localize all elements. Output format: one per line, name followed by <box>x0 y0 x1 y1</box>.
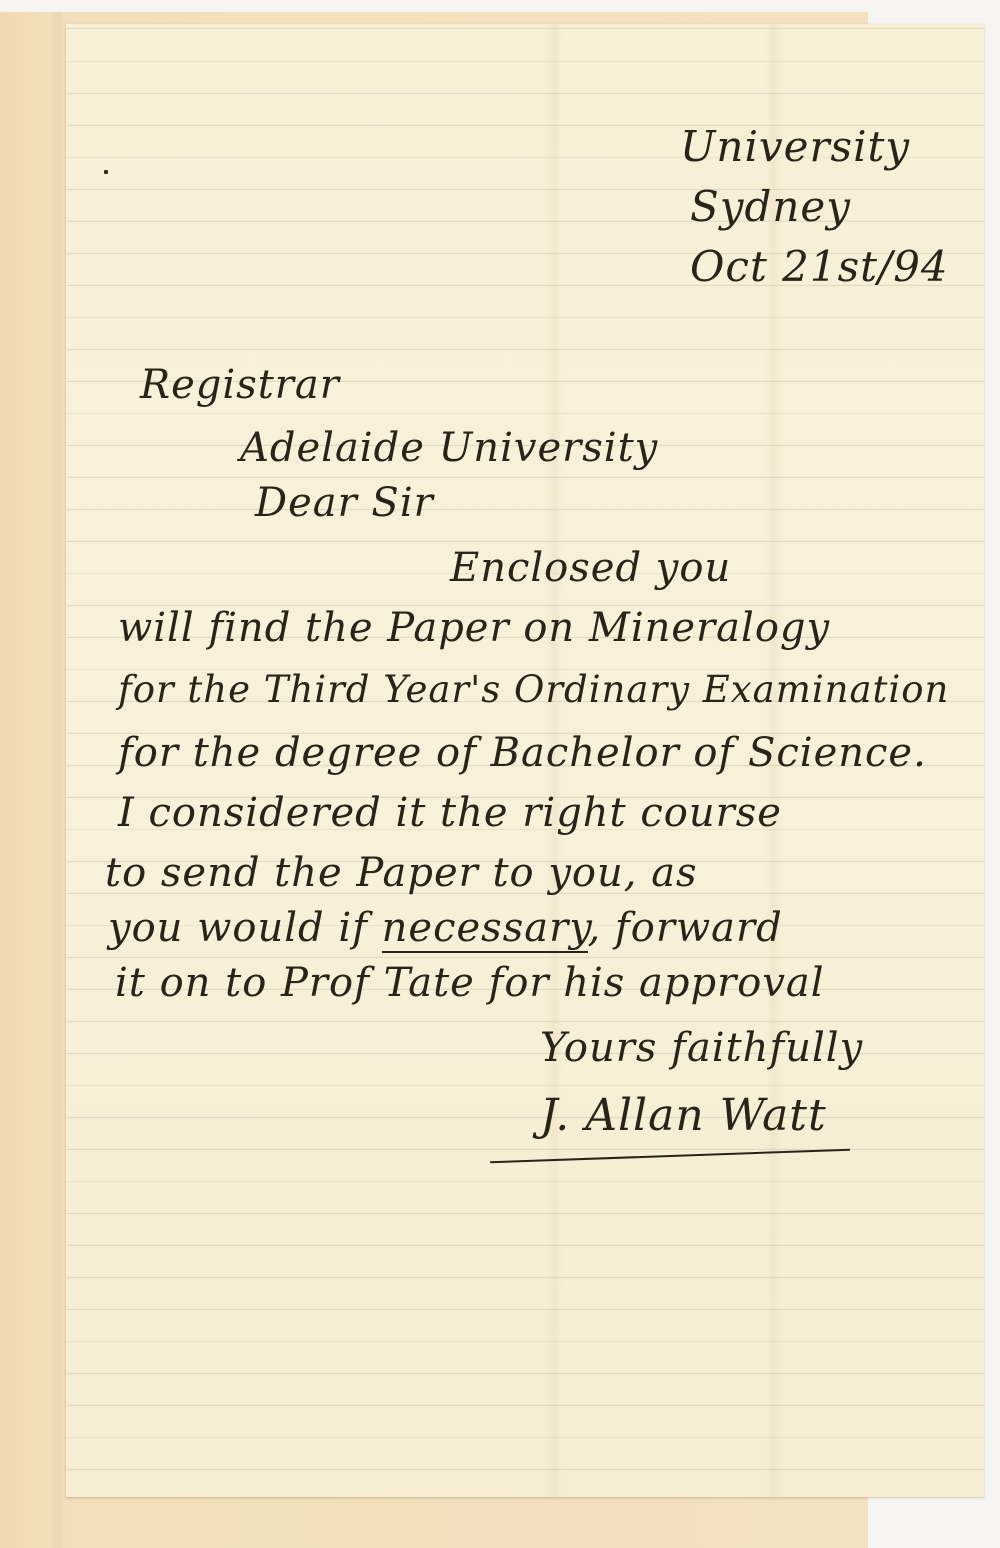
letterhead-university: University <box>680 118 910 176</box>
recipient-institution: Adelaide University <box>240 425 658 471</box>
body-line-8: it on to Prof Tate for his approval <box>115 960 825 1006</box>
ink-spot <box>104 170 108 174</box>
underlined-word: necessary <box>382 905 588 953</box>
back-sheet-shadow <box>52 12 66 1548</box>
body-line-7: you would if necessary, forward <box>108 905 783 951</box>
signature: J. Allan Watt <box>540 1090 827 1141</box>
letter-date: Oct 21st/94 <box>690 238 949 296</box>
body-line-7-end: , forward <box>588 905 783 951</box>
body-line-2: will find the Paper on Mineralogy <box>118 605 830 651</box>
recipient-title: Registrar <box>140 362 340 408</box>
closing: Yours faithfully <box>540 1025 863 1071</box>
body-line-1: Enclosed you <box>450 545 731 591</box>
body-line-7-start: you would if <box>108 905 368 951</box>
body-line-6: to send the Paper to you, as <box>105 850 698 896</box>
letterhead-city: Sydney <box>690 178 851 236</box>
body-line-3: for the Third Year's Ordinary Examinatio… <box>118 668 949 711</box>
body-line-4: for the degree of Bachelor of Science. <box>118 730 927 776</box>
salutation: Dear Sir <box>255 480 434 526</box>
body-line-5: I considered it the right course <box>118 790 782 836</box>
